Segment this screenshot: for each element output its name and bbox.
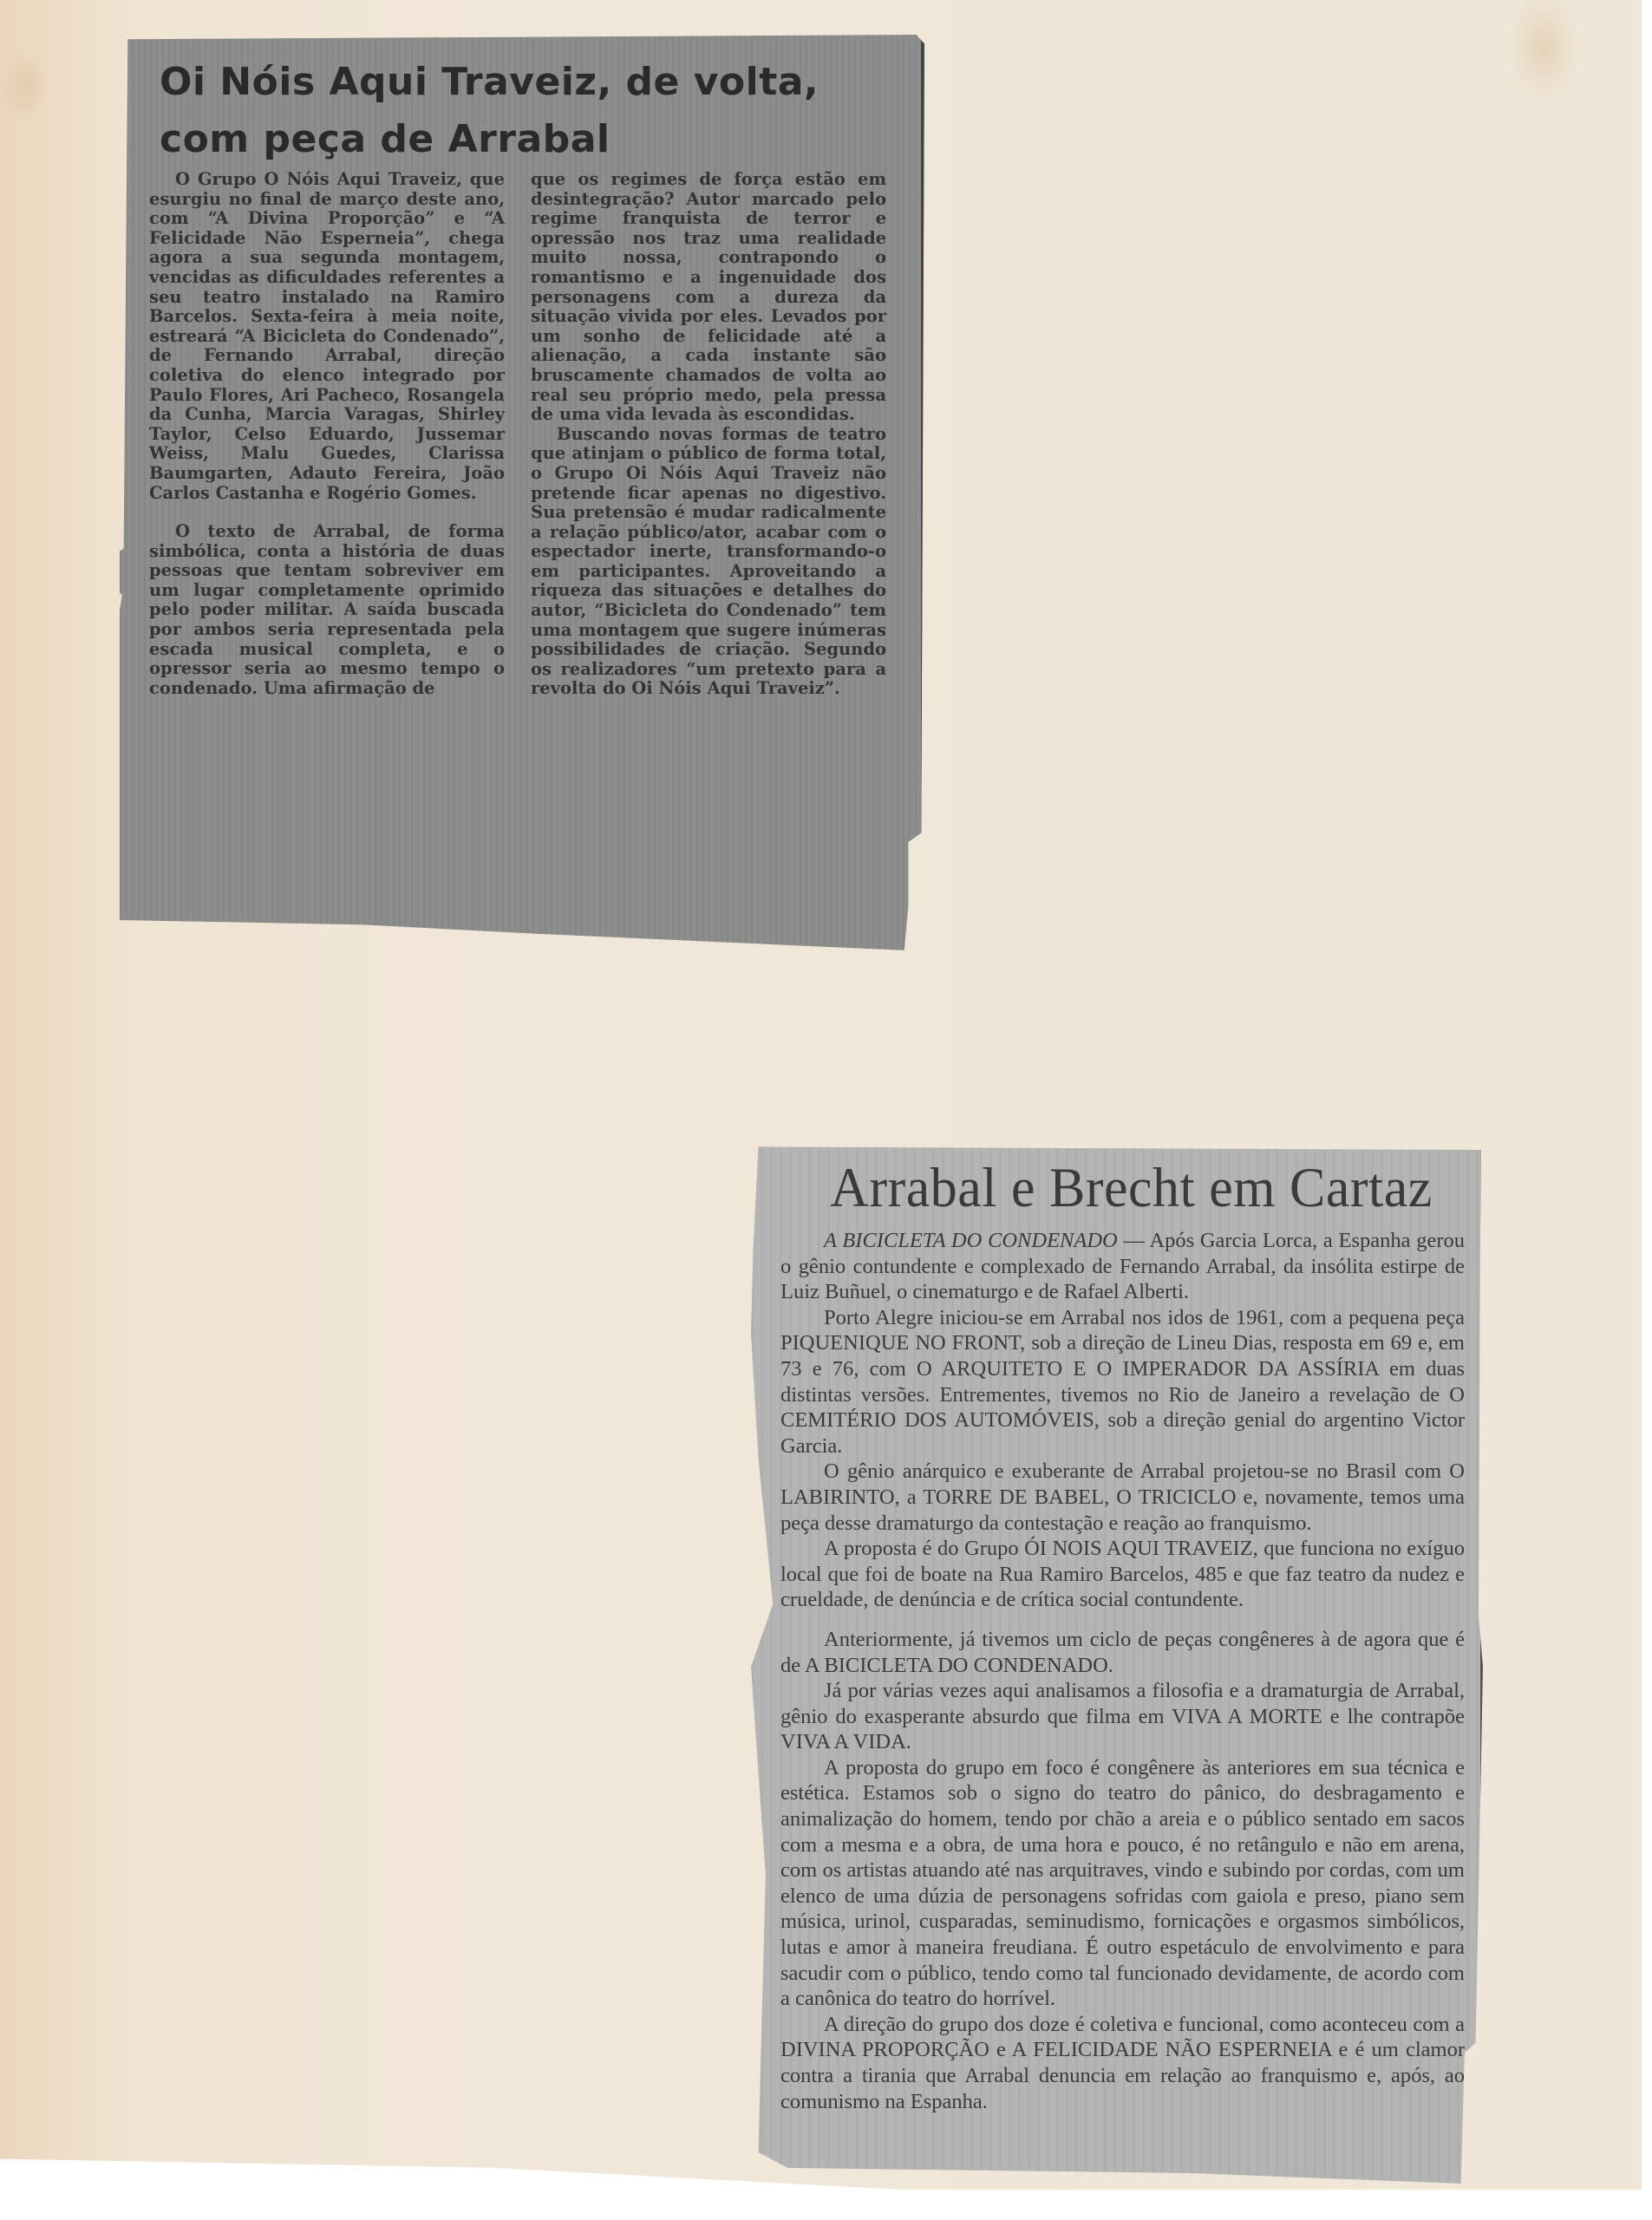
article-paragraph: O gênio anárquico e exuberante de Arraba… [780,1459,1465,1536]
article-paragraph: A direção do grupo dos doze é coletiva e… [780,2012,1465,2114]
clipping-headline: Arrabal e Brecht em Cartaz [798,1152,1465,1224]
clipping-headline: Oi Nóis Aqui Traveiz, de volta, com peça… [160,54,897,168]
article-paragraph: que os regimes de força estão em desinte… [531,170,886,425]
article-paragraph: A proposta do grupo em foco é congênere … [780,1755,1465,2012]
clipping-column-left: O Grupo O Nóis Aqui Traveiz, que esurgiu… [149,170,505,699]
article-kicker: A BICICLETA DO CONDENADO [824,1229,1118,1252]
clipping-column-right: que os regimes de força estão em desinte… [531,170,886,699]
newspaper-clipping-oi-nois: Oi Nóis Aqui Traveiz, de volta, com peça… [120,35,924,952]
article-paragraph: A proposta é do Grupo ÓI NOIS AQUI TRAVE… [780,1536,1465,1613]
article-paragraph: Buscando novas formas de teatro que atin… [531,425,886,699]
article-paragraph: Porto Alegre iniciou-se em Arrabal nos i… [780,1305,1465,1459]
article-paragraph: Já por várias vezes aqui analisamos a fi… [780,1678,1465,1755]
article-paragraph: O Grupo O Nóis Aqui Traveiz, que esurgiu… [149,170,505,503]
clipping-columns: O Grupo O Nóis Aqui Traveiz, que esurgiu… [149,170,897,699]
article-paragraph: O texto de Arrabal, de forma simbólica, … [149,522,505,698]
article-paragraph: Anteriormente, já tivemos um ciclo de pe… [780,1627,1465,1678]
newspaper-clipping-arrabal-brecht: Arrabal e Brecht em Cartaz A BICICLETA D… [751,1145,1483,2189]
article-paragraph: A BICICLETA DO CONDENADO — Após Garcia L… [780,1228,1465,1305]
